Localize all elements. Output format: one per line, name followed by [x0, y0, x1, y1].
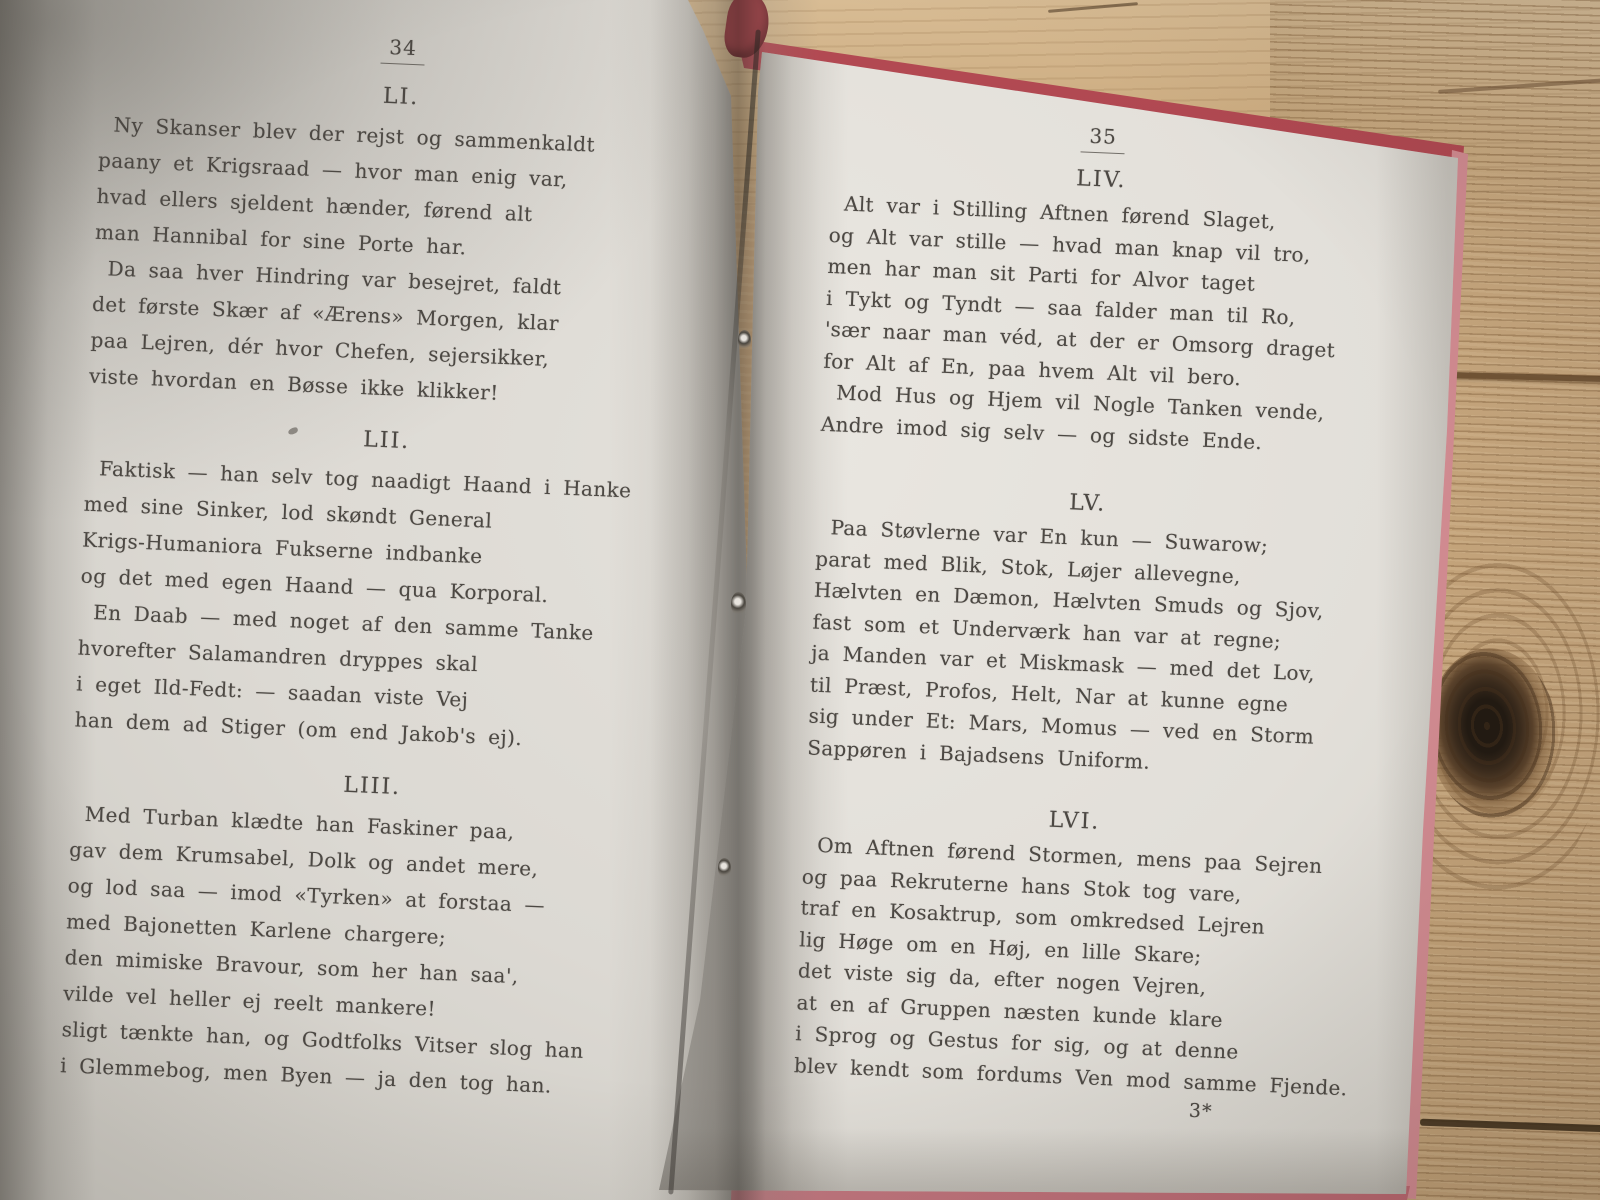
left-page-text: 34 LI. Ny Skanser blev der rejst og samm… — [60, 22, 704, 1108]
right-page-text: 35 LIV. Alt var i Stilling Aftnen førend… — [792, 112, 1373, 1128]
stanza: Alt var i Stilling Aftnen førend Slaget,… — [820, 188, 1370, 462]
binding-stitch — [738, 330, 751, 350]
page-number-value: 35 — [1081, 122, 1126, 154]
page-number-value: 34 — [381, 34, 426, 66]
stanza: Med Turban klædte han Faskiner paa, gav … — [60, 795, 672, 1108]
binding-stitch — [731, 592, 746, 616]
stanza: Faktisk — han selv tog naadigt Haand i H… — [74, 450, 686, 763]
stanza: Om Aftnen førend Stormen, mens paa Sejre… — [793, 829, 1343, 1103]
stanza: Ny Skanser blev der rejst og sammenkaldt… — [88, 106, 700, 419]
binding-stitch — [718, 858, 731, 878]
stanza: Paa Støvlerne var En kun — Suwarow; para… — [807, 512, 1357, 786]
